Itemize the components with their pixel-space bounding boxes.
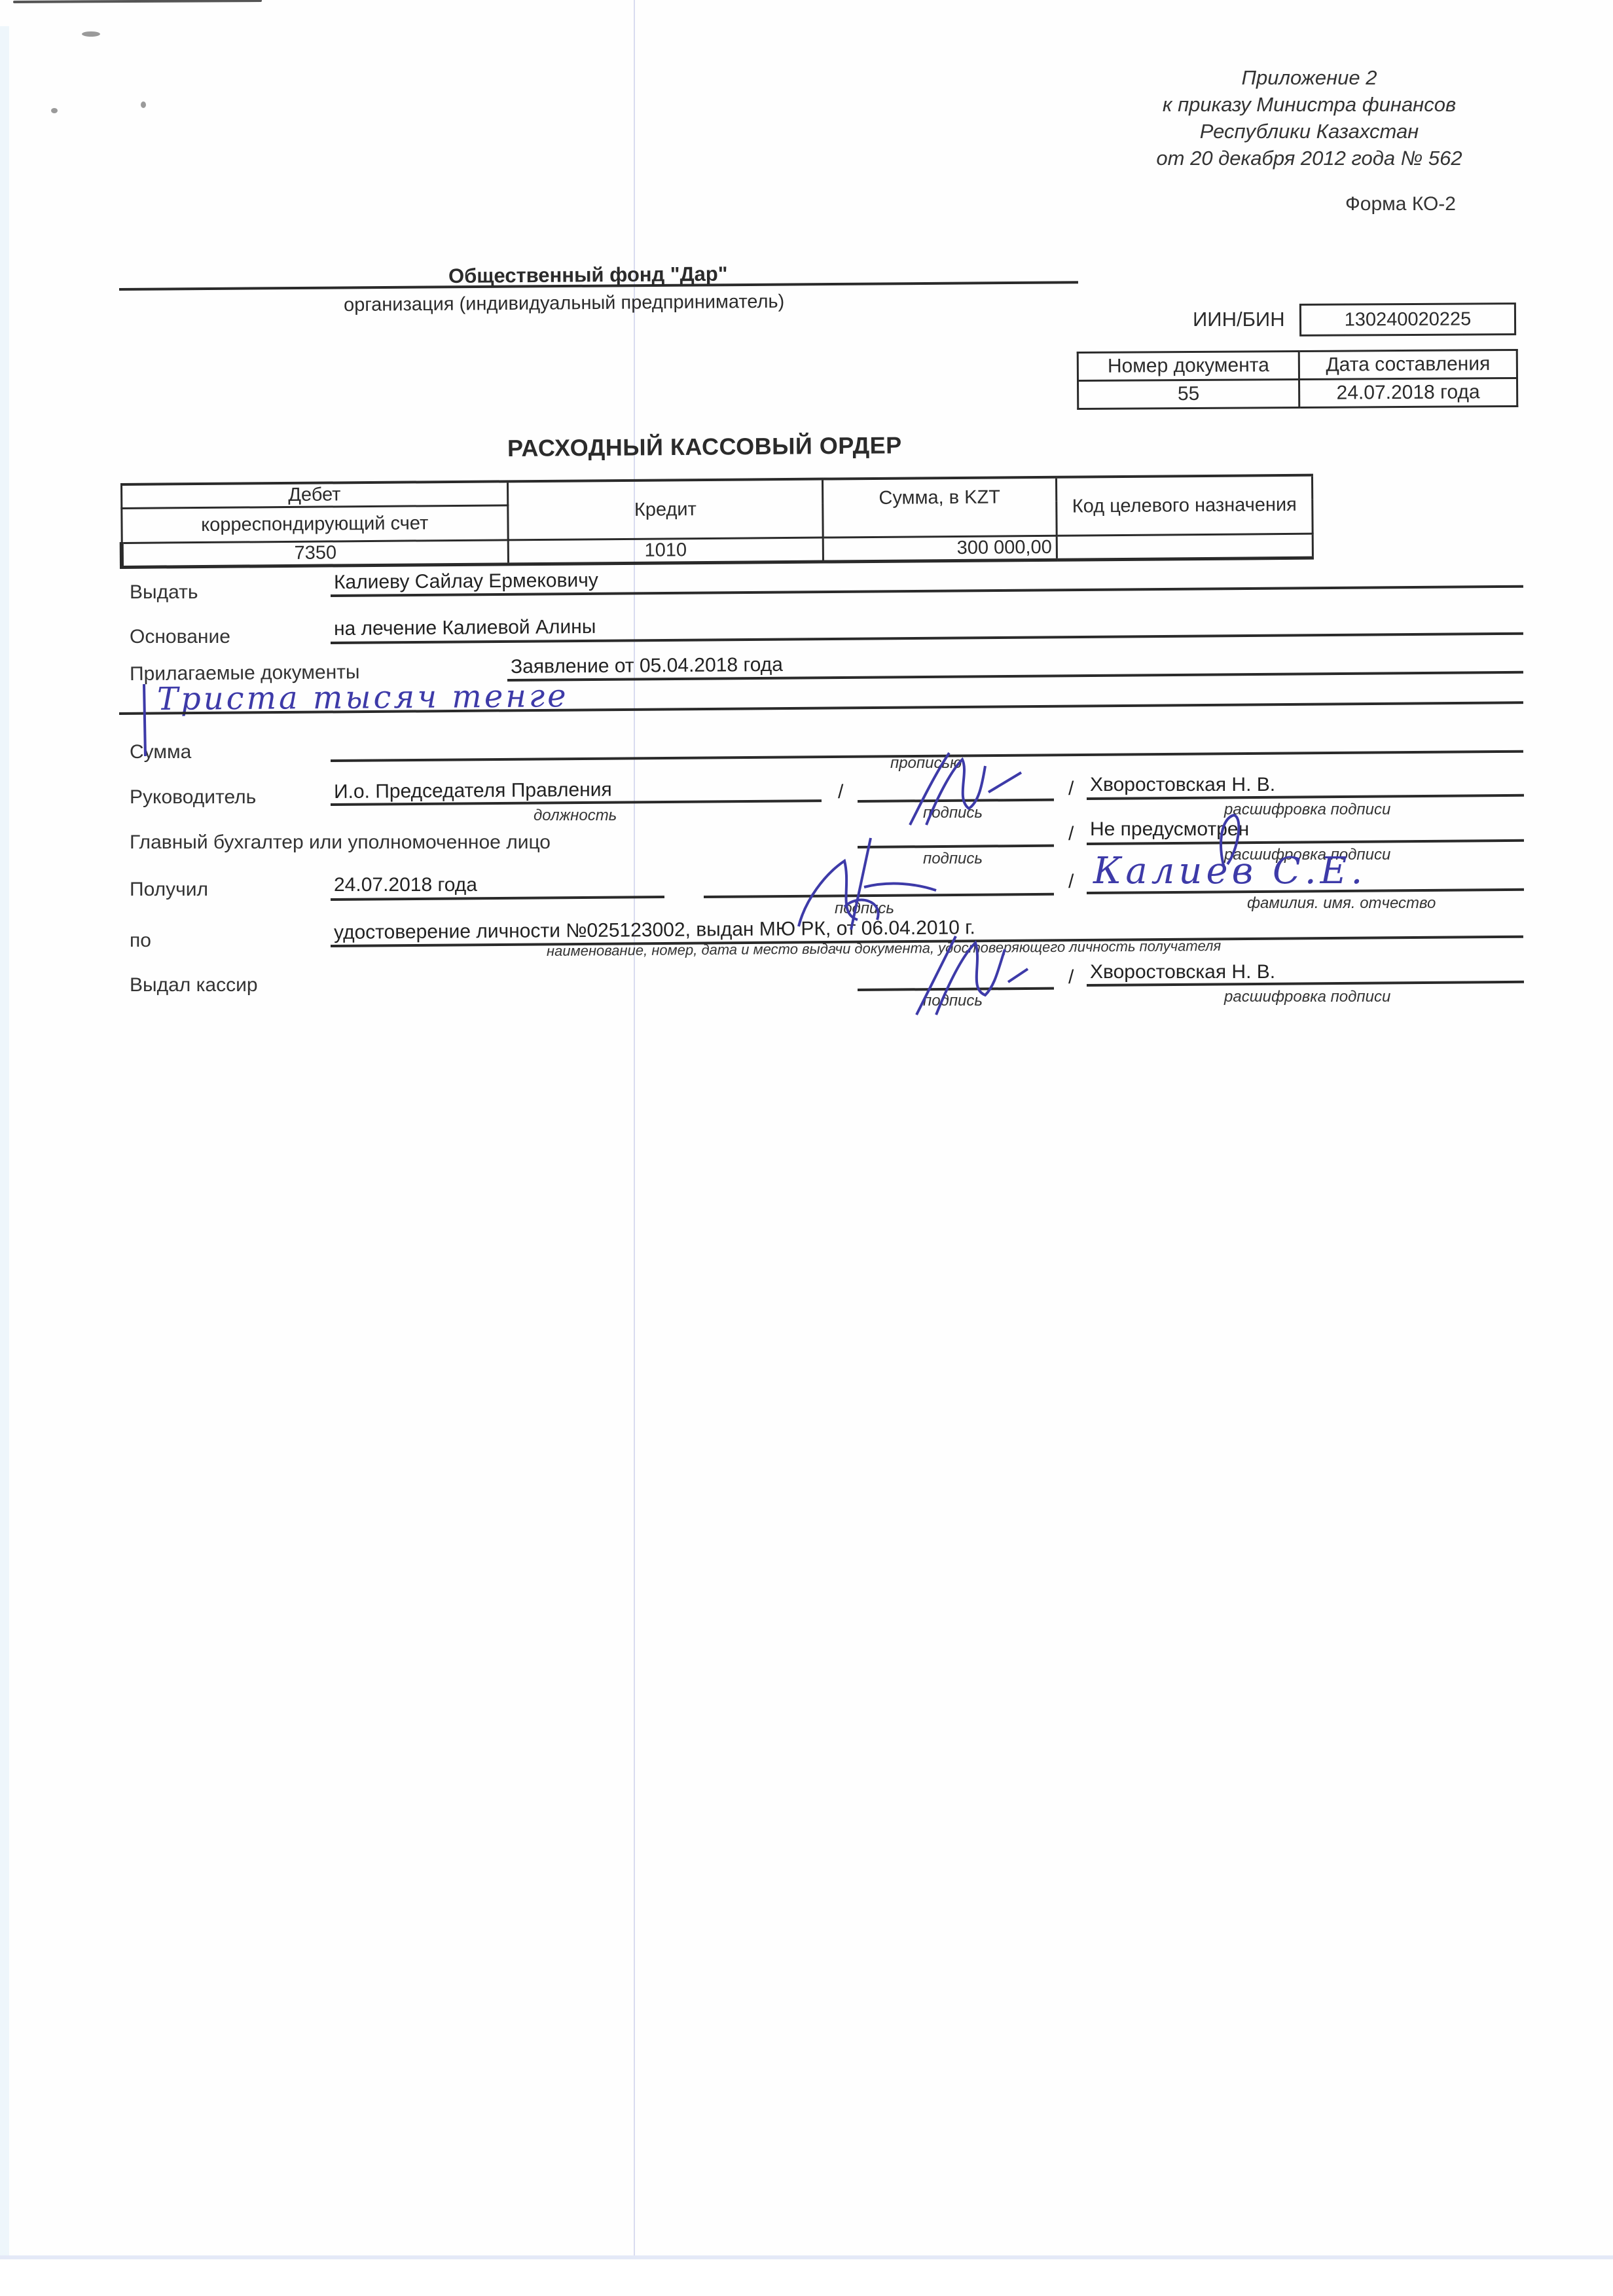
cashier-label: Выдал кассир <box>130 974 258 996</box>
head-label: Руководитель <box>130 786 256 809</box>
received-date: 24.07.2018 года <box>334 874 477 896</box>
amount-value: 300 000,00 <box>823 536 1057 562</box>
received-signature-scribble <box>786 835 982 933</box>
document-info-table: Номер документа Дата составления 55 24.0… <box>1077 349 1519 410</box>
received-name-hint: фамилия. имя. отчество <box>1247 894 1436 913</box>
scanned-page: Приложение 2 к приказу Министра финансов… <box>0 0 1613 2259</box>
cashier-name: Хворостовская Н. В. <box>1090 961 1275 983</box>
purpose-code-header: Код целевого назначения <box>1056 475 1313 536</box>
chief-accountant-label: Главный бухгалтер или уполномоченное лиц… <box>130 831 551 854</box>
debit-value: 7350 <box>122 540 509 568</box>
entry-table: Дебет Кредит Сумма, в KZT Код целевого н… <box>119 474 1314 569</box>
fold-line <box>634 0 635 2255</box>
doc-number-value: 55 <box>1078 379 1299 409</box>
slash: / <box>1068 871 1074 893</box>
id-document-label: по <box>130 930 151 952</box>
purpose-code-value <box>1057 534 1313 560</box>
credit-value: 1010 <box>508 538 823 564</box>
head-position-hint: должность <box>534 807 617 825</box>
basis-value: на лечение Калиевой Алины <box>334 616 596 640</box>
form-code: Форма КО-2 <box>1345 193 1456 215</box>
cashier-signature-scribble <box>877 923 1074 1021</box>
cashier-name-hint: расшифровка подписи <box>1224 988 1390 1006</box>
appendix-line: Республики Казахстан <box>1113 118 1506 145</box>
slash: / <box>838 781 843 803</box>
organization-caption: организация (индивидуальный предпринимат… <box>344 291 784 316</box>
received-label: Получил <box>130 879 208 901</box>
credit-header: Кредит <box>507 479 823 540</box>
iin-label: ИИН/БИН <box>1193 308 1285 331</box>
debit-header: Дебет <box>121 481 508 508</box>
appendix-line: от 20 декабря 2012 года № 562 <box>1113 145 1506 172</box>
received-date-line <box>331 896 664 901</box>
head-name: Хворостовская Н. В. <box>1090 774 1275 796</box>
scan-artifact <box>13 0 262 3</box>
basis-label: Основание <box>130 626 230 648</box>
doc-date-value: 24.07.2018 года <box>1299 378 1517 407</box>
attachments-value: Заявление от 05.04.2018 года <box>511 654 783 678</box>
scan-edge <box>0 26 9 2255</box>
doc-number-header: Номер документа <box>1078 351 1299 380</box>
appendix-line: Приложение 2 <box>1113 64 1506 91</box>
issue-to-label: Выдать <box>130 581 198 604</box>
handwritten-stroke <box>124 681 164 759</box>
debit-subheader: корреспондирующий счет <box>121 505 508 543</box>
head-position: И.о. Председателя Правления <box>334 779 612 803</box>
document-title: РАСХОДНЫЙ КАССОВЫЙ ОРДЕР <box>507 431 902 462</box>
appendix-line: к приказу Министра финансов <box>1113 91 1506 118</box>
appendix-reference: Приложение 2 к приказу Министра финансов… <box>1113 64 1506 172</box>
amount-header: Сумма, в KZT <box>822 477 1057 538</box>
scan-speck <box>51 108 58 113</box>
iin-value: 130240020225 <box>1299 302 1516 337</box>
head-signature-scribble <box>871 746 1080 831</box>
doc-date-header: Дата составления <box>1299 350 1517 379</box>
chief-accountant-scribble <box>1198 812 1277 871</box>
issue-to-value: Калиеву Сайлау Ермековичу <box>334 570 598 594</box>
scan-speck <box>82 31 100 37</box>
scan-speck <box>141 101 146 108</box>
